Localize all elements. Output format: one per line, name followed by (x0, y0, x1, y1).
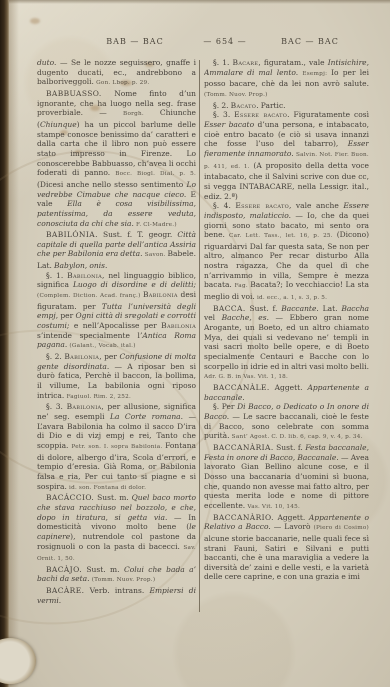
text-run: Gon. Lbop. p. 29. (96, 80, 149, 86)
text-run: duto. (37, 58, 60, 67)
text-run: §. 2. (46, 352, 64, 361)
text-run: Babilonia (67, 402, 102, 411)
text-run: , vale anche (289, 201, 343, 210)
column-left: duto. — Se le nozze seguissero, gnaffe i… (37, 58, 196, 614)
text-run: Fagiuol. Rim. 2, 252. (66, 394, 131, 400)
text-run: Bacche, es. (222, 313, 269, 322)
text-run: Esempj: (302, 71, 331, 77)
text-run: (Dicesi anche nello stesso sentimento (37, 180, 187, 189)
book-binding-edge (0, 0, 9, 687)
text-run: Sant’ Agost. C. D. lib. 6, cap. 9, v. 4,… (232, 434, 363, 440)
text-run: §. 1. (213, 58, 233, 67)
entry-paragraph: BACÀRE. Verb. intrans. Empiersi di vermi… (37, 586, 196, 605)
text-run: Bacare (233, 58, 259, 67)
entry-paragraph: §. 1. Bacare, figuratam., vale Intisichi… (204, 58, 369, 101)
text-run: BACCANÀRIA. (213, 443, 274, 452)
text-run: (Galant., Vocab. ital.) (69, 343, 135, 349)
text-run: (Complem. Diction. Acad. franç.) (37, 293, 143, 299)
entry-paragraph: §. 2. Babilonia, per Confusione di molta… (37, 352, 196, 402)
entry-paragraph: §. 1. Babilonia, nel linguaggio biblico,… (37, 271, 196, 352)
running-head: BAB — BAC — 654 — BAC — BAC (0, 37, 390, 49)
text-run: , figuratam., vale (258, 58, 327, 67)
text-run: — Lavorò (271, 522, 314, 531)
text-run: §. 2. (213, 101, 231, 110)
text-run: La Corte romana. (110, 412, 183, 421)
entry-paragraph: BACCANÀLE. Aggett. Appartenente a baccan… (204, 383, 369, 402)
entry-paragraph: §. Per Di Bacco, o Dedicato o In onore d… (204, 402, 369, 443)
book-page: BAB — BAC — 654 — BAC — BAC duto. — Se l… (0, 0, 390, 687)
text-run: Bacato (231, 101, 257, 110)
text-run: §. 4. (213, 201, 235, 210)
text-run: (Tomm. Nuov. Prop.) (204, 92, 268, 98)
text-run: BABILÓNIA. (46, 230, 98, 239)
entry-paragraph: BACÀJO. Sust. m. Colui che bada a’ bachi… (37, 565, 196, 586)
text-run: §. Per (213, 402, 237, 411)
entry-paragraph: §. 3. Essere bacato. Figuratamente così … (204, 110, 369, 201)
text-run: BABBUASSO. (46, 89, 102, 98)
text-run: Sust. m. (94, 493, 131, 502)
text-run: Petr. son. I. sopra Babilonia. (71, 444, 165, 450)
text-run: Babylon, onis. (54, 261, 107, 270)
text-run: (Piero di Cosimo) (314, 525, 369, 531)
entry-paragraph: BABILÓNIA. Sust. f. T. geogr. Città capi… (37, 230, 196, 271)
text-run: Aggett. (274, 513, 309, 522)
text-run: alcune storie baccanarie, nelle quali fe… (204, 534, 369, 582)
text-run: Verb. intrans. (84, 586, 149, 595)
text-run: Sust. m. (82, 565, 124, 574)
entry-paragraph: §. 2. Bacato. Partic. (204, 101, 369, 111)
text-run: Borgh. (123, 111, 160, 117)
text-run: id. ecc., a. 1, s. 3, p. 5. (257, 295, 327, 301)
text-run: BACCA. (213, 304, 246, 313)
text-run: Sust. f. T. geogr. (98, 230, 178, 239)
text-run: Car. Lett. Tass., let. 16, p. 25. (229, 233, 337, 239)
text-run: Fag. (235, 283, 251, 289)
text-run: §. 3. (213, 110, 234, 119)
text-run: s’intende specialmente l’ (37, 331, 142, 340)
binding-shadow (9, 0, 19, 687)
text-run: Adr. G. B. in Vas. Vit. 1, 18. (204, 374, 288, 380)
text-run: Babilonia (161, 321, 196, 330)
text-run: §. 1. (46, 271, 67, 280)
entry-paragraph: §. 3. Babilonia, per allusione, signific… (37, 402, 196, 493)
text-run: . Figuratamente così (287, 110, 369, 119)
entry-paragraph: §. 4. Essere bacato, vale anche Essere i… (204, 201, 369, 304)
text-run: Luogo di disordine e di delitti; (73, 280, 196, 289)
text-run: §. 3. (46, 402, 67, 411)
running-head-left: BAB — BAC (106, 37, 163, 46)
running-head-right: BAC — BAC (281, 37, 339, 46)
text-run: Essere bacato (235, 201, 289, 210)
text-run: BACÀJO. (46, 565, 82, 574)
paper-blemish-circle (0, 638, 36, 684)
text-run: id. son. Fontana di dolor. (69, 485, 146, 491)
text-run: vel (204, 313, 222, 322)
text-run: Babilonia (64, 352, 99, 361)
text-run: Sust. f. (274, 443, 306, 452)
text-run: Chiunque (40, 120, 77, 129)
text-run: Babilonia (143, 290, 178, 299)
entry-paragraph: BACCANÀRIA. Sust. f. Festa baccanale, Fe… (204, 443, 369, 513)
text-run: , per (56, 311, 76, 320)
page-number: — 654 — (203, 37, 246, 46)
entry-paragraph: BACCA. Sust. f. Baccante. Lat. Baccha ve… (204, 304, 369, 383)
text-run: e nell’Apocalisse per (69, 321, 161, 330)
column-divider (199, 60, 200, 612)
text-run: (Tomm. Nuov. Prop.) (92, 577, 156, 583)
text-run: Vas. Vit. 10, 145. (247, 504, 300, 510)
text-run: Esser bacato (204, 120, 254, 129)
text-run: Sust. f. (246, 304, 282, 313)
text-run: BACÀRE. (46, 586, 84, 595)
text-run: , per (99, 352, 119, 361)
text-run: Savon. (145, 252, 168, 258)
entry-paragraph: BABBUASSO. Nome finto d’un ignorante, ch… (37, 89, 196, 230)
text-run: BACÁCCIO. (46, 493, 94, 502)
page-top-edge (0, 0, 390, 4)
text-run: Lat. (319, 304, 342, 313)
text-run: Bocc. Biogl. Dial. p. 5. (115, 171, 196, 177)
entry-paragraph: BACÁCCIO. Sust. m. Quel baco morto che s… (37, 493, 196, 565)
text-run: Aggett. (270, 383, 308, 392)
text-run: Baccante. (281, 304, 319, 313)
text-run: Essere bacato (234, 110, 287, 119)
text-run: Babilonia (67, 271, 102, 280)
text-run: BACCANÀRIO. (213, 513, 274, 522)
column-right: §. 1. Bacare, figuratam., vale Intisichi… (204, 58, 369, 614)
text-run: BACCANÀLE. (213, 383, 270, 392)
text-run: . Partic. (256, 101, 285, 110)
foxing-spot (30, 18, 40, 24)
entry-paragraph: BACCANÀRIO. Aggett. Appartenente o Relat… (204, 513, 369, 583)
entry-paragraph: duto. — Se le nozze seguissero, gnaffe i… (37, 58, 196, 89)
text-run: Baccha (341, 304, 369, 313)
text-run: F. Cl-Madre.) (136, 222, 177, 228)
